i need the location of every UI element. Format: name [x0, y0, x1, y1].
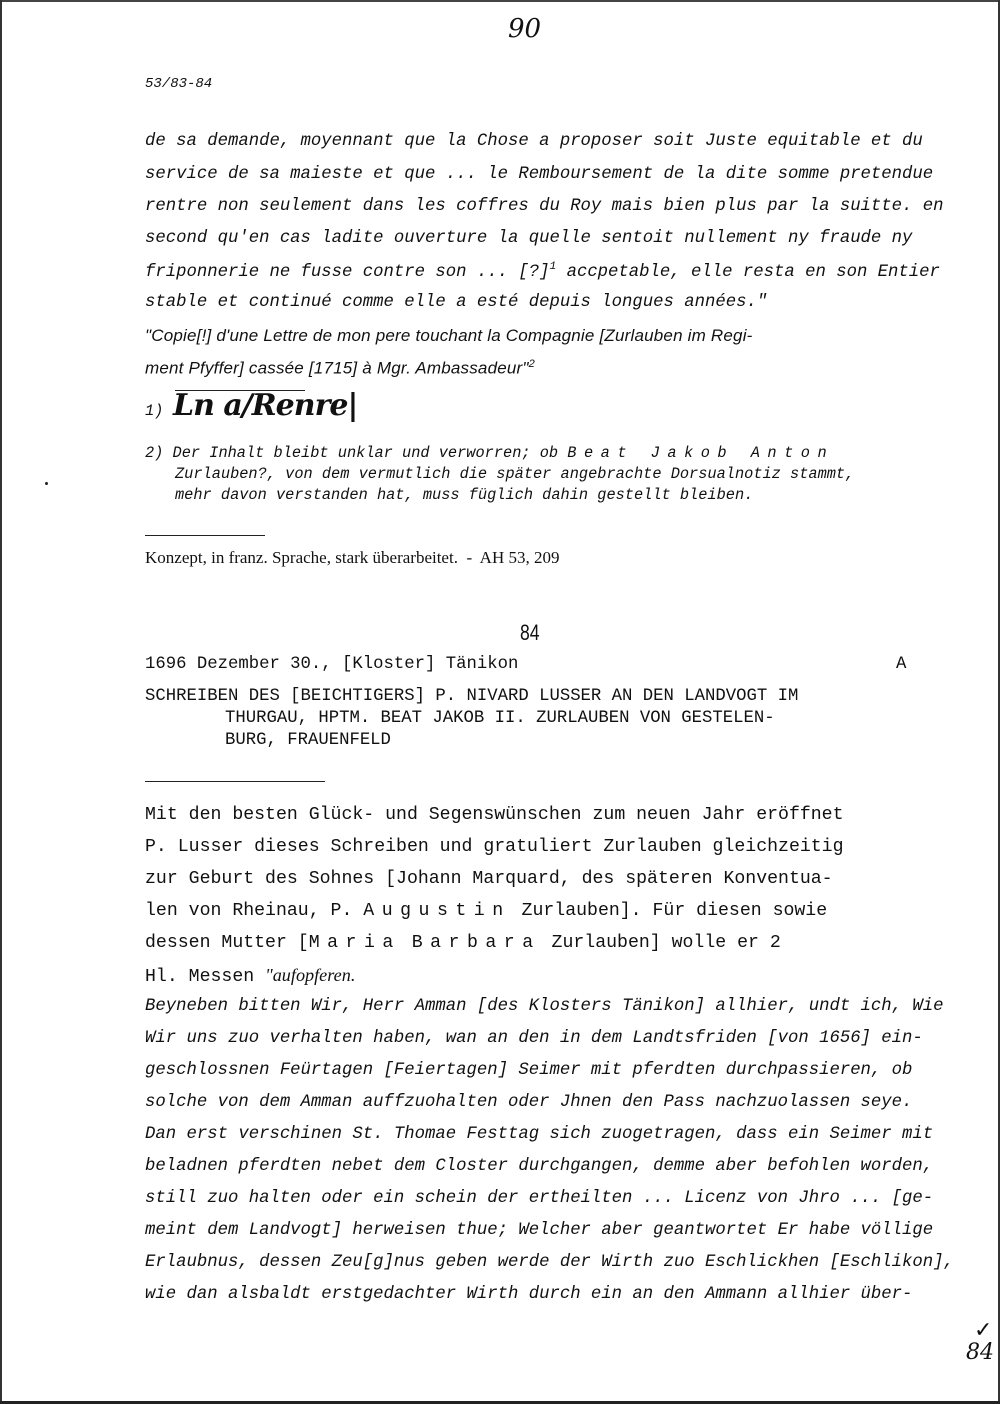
- quotation-line: Wir uns zuo verhalten haben, wan an den …: [145, 1029, 923, 1048]
- entry-title-line: THURGAU, HPTM. BEAT JAKOB II. ZURLAUBEN …: [225, 709, 775, 728]
- footnote-2-name-spaced: Beat Jakob Anton: [567, 444, 834, 462]
- french-quote-line: rentre non seulement dans les coffres du…: [145, 197, 944, 216]
- name-spaced-barbara: Barbara: [412, 933, 541, 953]
- french-quote-line-tail: accpetable, elle resta en son Entier: [556, 263, 940, 282]
- footnote-2-label: 2): [145, 444, 163, 462]
- quotation-line: Beyneben bitten Wir, Herr Amman [des Klo…: [145, 997, 944, 1016]
- quotation-line: still zuo halten oder ein schein der ert…: [145, 1189, 933, 1208]
- quotation-line: meint dem Landvogt] herweisen thue; Welc…: [145, 1221, 933, 1240]
- scan-speck: [45, 482, 48, 485]
- quotation-line: solche von dem Amman auffzuohalten oder …: [145, 1093, 912, 1112]
- summary-text: Hl. Messen: [145, 967, 265, 987]
- section-divider: [145, 781, 325, 782]
- name-spaced-augustin: Augustin: [363, 901, 510, 921]
- footnote-2-line: mehr davon verstanden hat, muss füglich …: [175, 486, 753, 504]
- entry-type-letter: A: [896, 655, 906, 674]
- footnote-2-line: Zurlauben?, von dem vermutlich die späte…: [175, 465, 854, 483]
- french-quote-line: de sa demande, moyennant que la Chose a …: [145, 132, 923, 151]
- entry-title-line: BURG, FRAUENFELD: [225, 731, 391, 750]
- french-quote-line: friponnerie ne fusse contre son ... [?]1…: [145, 261, 940, 282]
- summary-line: P. Lusser dieses Schreiben und gratulier…: [145, 837, 844, 857]
- french-quote-line: stable et continué comme elle a esté dep…: [145, 293, 767, 312]
- french-quote-line: service de sa maieste et que ... le Remb…: [145, 165, 933, 184]
- footnote-1-handwritten-signature: Ln a/Renre|: [173, 388, 357, 423]
- dorsal-note-line: ment Pfyffer] cassée [1715] à Mgr. Ambas…: [145, 358, 535, 379]
- entry-title-line: SCHREIBEN DES [BEICHTIGERS] P. NIVARD LU…: [145, 687, 798, 706]
- summary-line: dessen Mutter [Maria Barbara Zurlauben] …: [145, 933, 781, 953]
- section-divider: [145, 535, 265, 536]
- summary-text: Zurlauben]. Für diesen sowie: [511, 901, 828, 921]
- summary-text: dessen Mutter [: [145, 933, 309, 953]
- page-border-left: [0, 0, 2, 1404]
- summary-text: len von Rheinau, P.: [145, 901, 363, 921]
- summary-line: Mit den besten Glück- und Segenswünschen…: [145, 805, 844, 825]
- handwritten-page-number: 90: [508, 14, 541, 44]
- entry-date-place: 1696 Dezember 30., [Kloster] Tänikon: [145, 655, 518, 674]
- quotation-line: beladnen pferdten nebet dem Closter durc…: [145, 1157, 933, 1176]
- french-quote-line: second qu'en cas ladite ouverture la que…: [145, 229, 912, 248]
- quotation-line: wie dan alsbaldt erstgedachter Wirth dur…: [145, 1285, 912, 1304]
- margin-note-number: 84: [966, 1340, 994, 1365]
- summary-line: len von Rheinau, P. Augustin Zurlauben].…: [145, 901, 827, 921]
- entry-number: 84: [520, 620, 540, 646]
- summary-text: Zurlauben] wolle er 2: [541, 933, 781, 953]
- name-spaced-maria: Maria: [309, 933, 401, 953]
- summary-italic-quote: "aufopferen.: [265, 965, 355, 985]
- footnote-2-line: 2) Der Inhalt bleibt unklar und verworre…: [145, 444, 834, 462]
- french-quote-line-text: friponnerie ne fusse contre son ... [?]: [145, 263, 549, 282]
- summary-gap: [401, 933, 412, 953]
- footnote-ref-2: 2: [529, 358, 535, 370]
- footnote-2-text: Der Inhalt bleibt unklar und verworren; …: [173, 444, 568, 462]
- document-reference: 53/83-84: [145, 76, 212, 92]
- summary-line: zur Geburt des Sohnes [Johann Marquard, …: [145, 869, 833, 889]
- dorsal-note-line: "Copie[!] d'une Lettre de mon pere touch…: [145, 326, 753, 346]
- summary-line: Hl. Messen "aufopferen.: [145, 965, 355, 987]
- page-border-top: [0, 0, 1000, 2]
- quotation-line: Dan erst verschinen St. Thomae Festtag s…: [145, 1125, 933, 1144]
- source-note: Konzept, in franz. Sprache, stark überar…: [145, 548, 559, 568]
- quotation-line: geschlossnen Feürtagen [Feiertagen] Seim…: [145, 1061, 912, 1080]
- quotation-line: Erlaubnus, dessen Zeu[g]nus geben werde …: [145, 1253, 954, 1272]
- dorsal-note-text: ment Pfyffer] cassée [1715] à Mgr. Ambas…: [145, 359, 529, 378]
- footnote-1-label: 1): [145, 402, 163, 420]
